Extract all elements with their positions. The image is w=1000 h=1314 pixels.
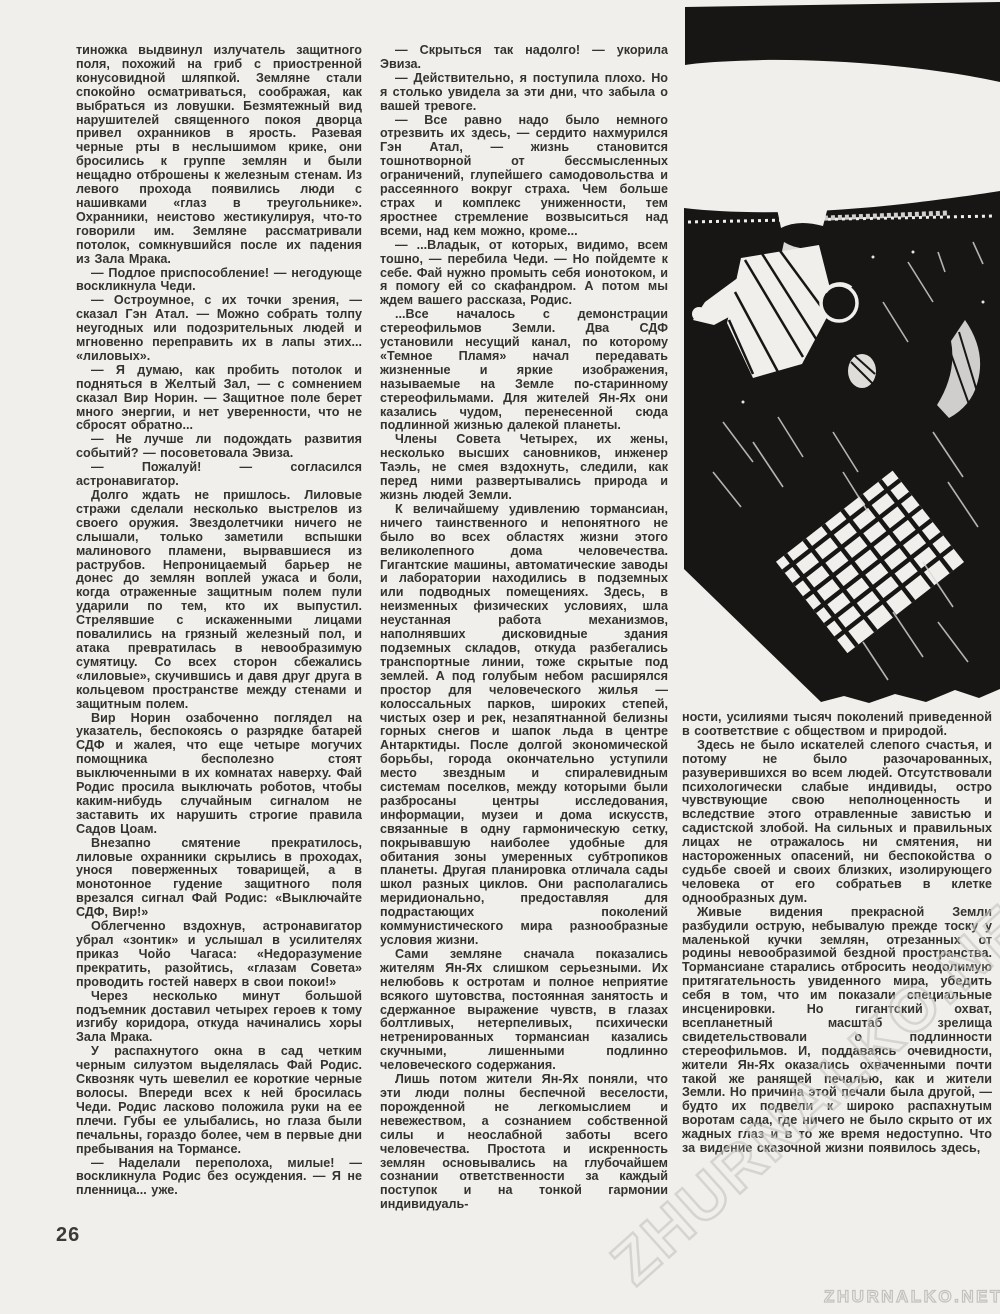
paragraph: — Не лучше ли подождать развития событий… (76, 433, 362, 461)
paragraph: Вир Норин озабоченно поглядел на указате… (76, 712, 362, 837)
woodcut-illustration (683, 2, 1000, 708)
paragraph: Живые видения прекрасной Земли разбудили… (682, 906, 992, 1156)
paragraph: — Скрыться так надолго! — укорила Эвиза. (380, 44, 668, 72)
paragraph: — Все равно надо было немного отрезвить … (380, 114, 668, 239)
paragraph: Члены Совета Четырех, их жены, несколько… (380, 433, 668, 503)
paragraph: — Я думаю, как пробить потолок и поднять… (76, 364, 362, 434)
right-column: ности, усилиями тысяч поколений приведен… (682, 711, 992, 1216)
paragraph: — Наделали переполоха, милые! — воскликн… (76, 1157, 362, 1199)
paragraph: Облегченно вздохнув, астронавигатор убра… (76, 920, 362, 990)
woodcut-illustration-svg (683, 2, 1000, 708)
paragraph: ности, усилиями тысяч поколений приведен… (682, 711, 992, 739)
paragraph: — Действительно, я поступила плохо. Но я… (380, 72, 668, 114)
paragraph: — Пожалуй! — согласился астронавигатор. (76, 461, 362, 489)
paragraph: Долго ждать не пришлось. Лиловые стражи … (76, 489, 362, 712)
paragraph: тиножка выдвинул излучатель защитного по… (76, 44, 362, 267)
paragraph: Лишь потом жители Ян-Ях поняли, что эти … (380, 1073, 668, 1212)
paragraph: У распахнутого окна в сад четким черным … (76, 1045, 362, 1156)
paragraph: — Подлое приспособление! — негодующе вос… (76, 267, 362, 295)
paragraph: Здесь не было искателей слепого счастья,… (682, 739, 992, 906)
paragraph: ...Все началось с демонстрации стереофил… (380, 308, 668, 433)
magazine-page: тиножка выдвинул излучатель защитного по… (0, 0, 1000, 1314)
paragraph: Сами земляне сначала показались жителям … (380, 948, 668, 1073)
watermark-corner: ZHURNALKO.NET (824, 1287, 1000, 1307)
paragraph: Через несколько минут большой подъемник … (76, 990, 362, 1046)
paragraph: — ...Владык, от которых, видимо, всем то… (380, 239, 668, 309)
page-number: 26 (56, 1224, 80, 1247)
paragraph: — Остроумное, с их точки зрения, — сказа… (76, 294, 362, 364)
left-column: тиножка выдвинул излучатель защитного по… (76, 44, 362, 1224)
middle-column: — Скрыться так надолго! — укорила Эвиза.… (380, 44, 668, 1214)
paragraph: Внезапно смятение прекратилось, лиловые … (76, 837, 362, 920)
paragraph: К величайшему удивлению тормансиан, ниче… (380, 503, 668, 948)
